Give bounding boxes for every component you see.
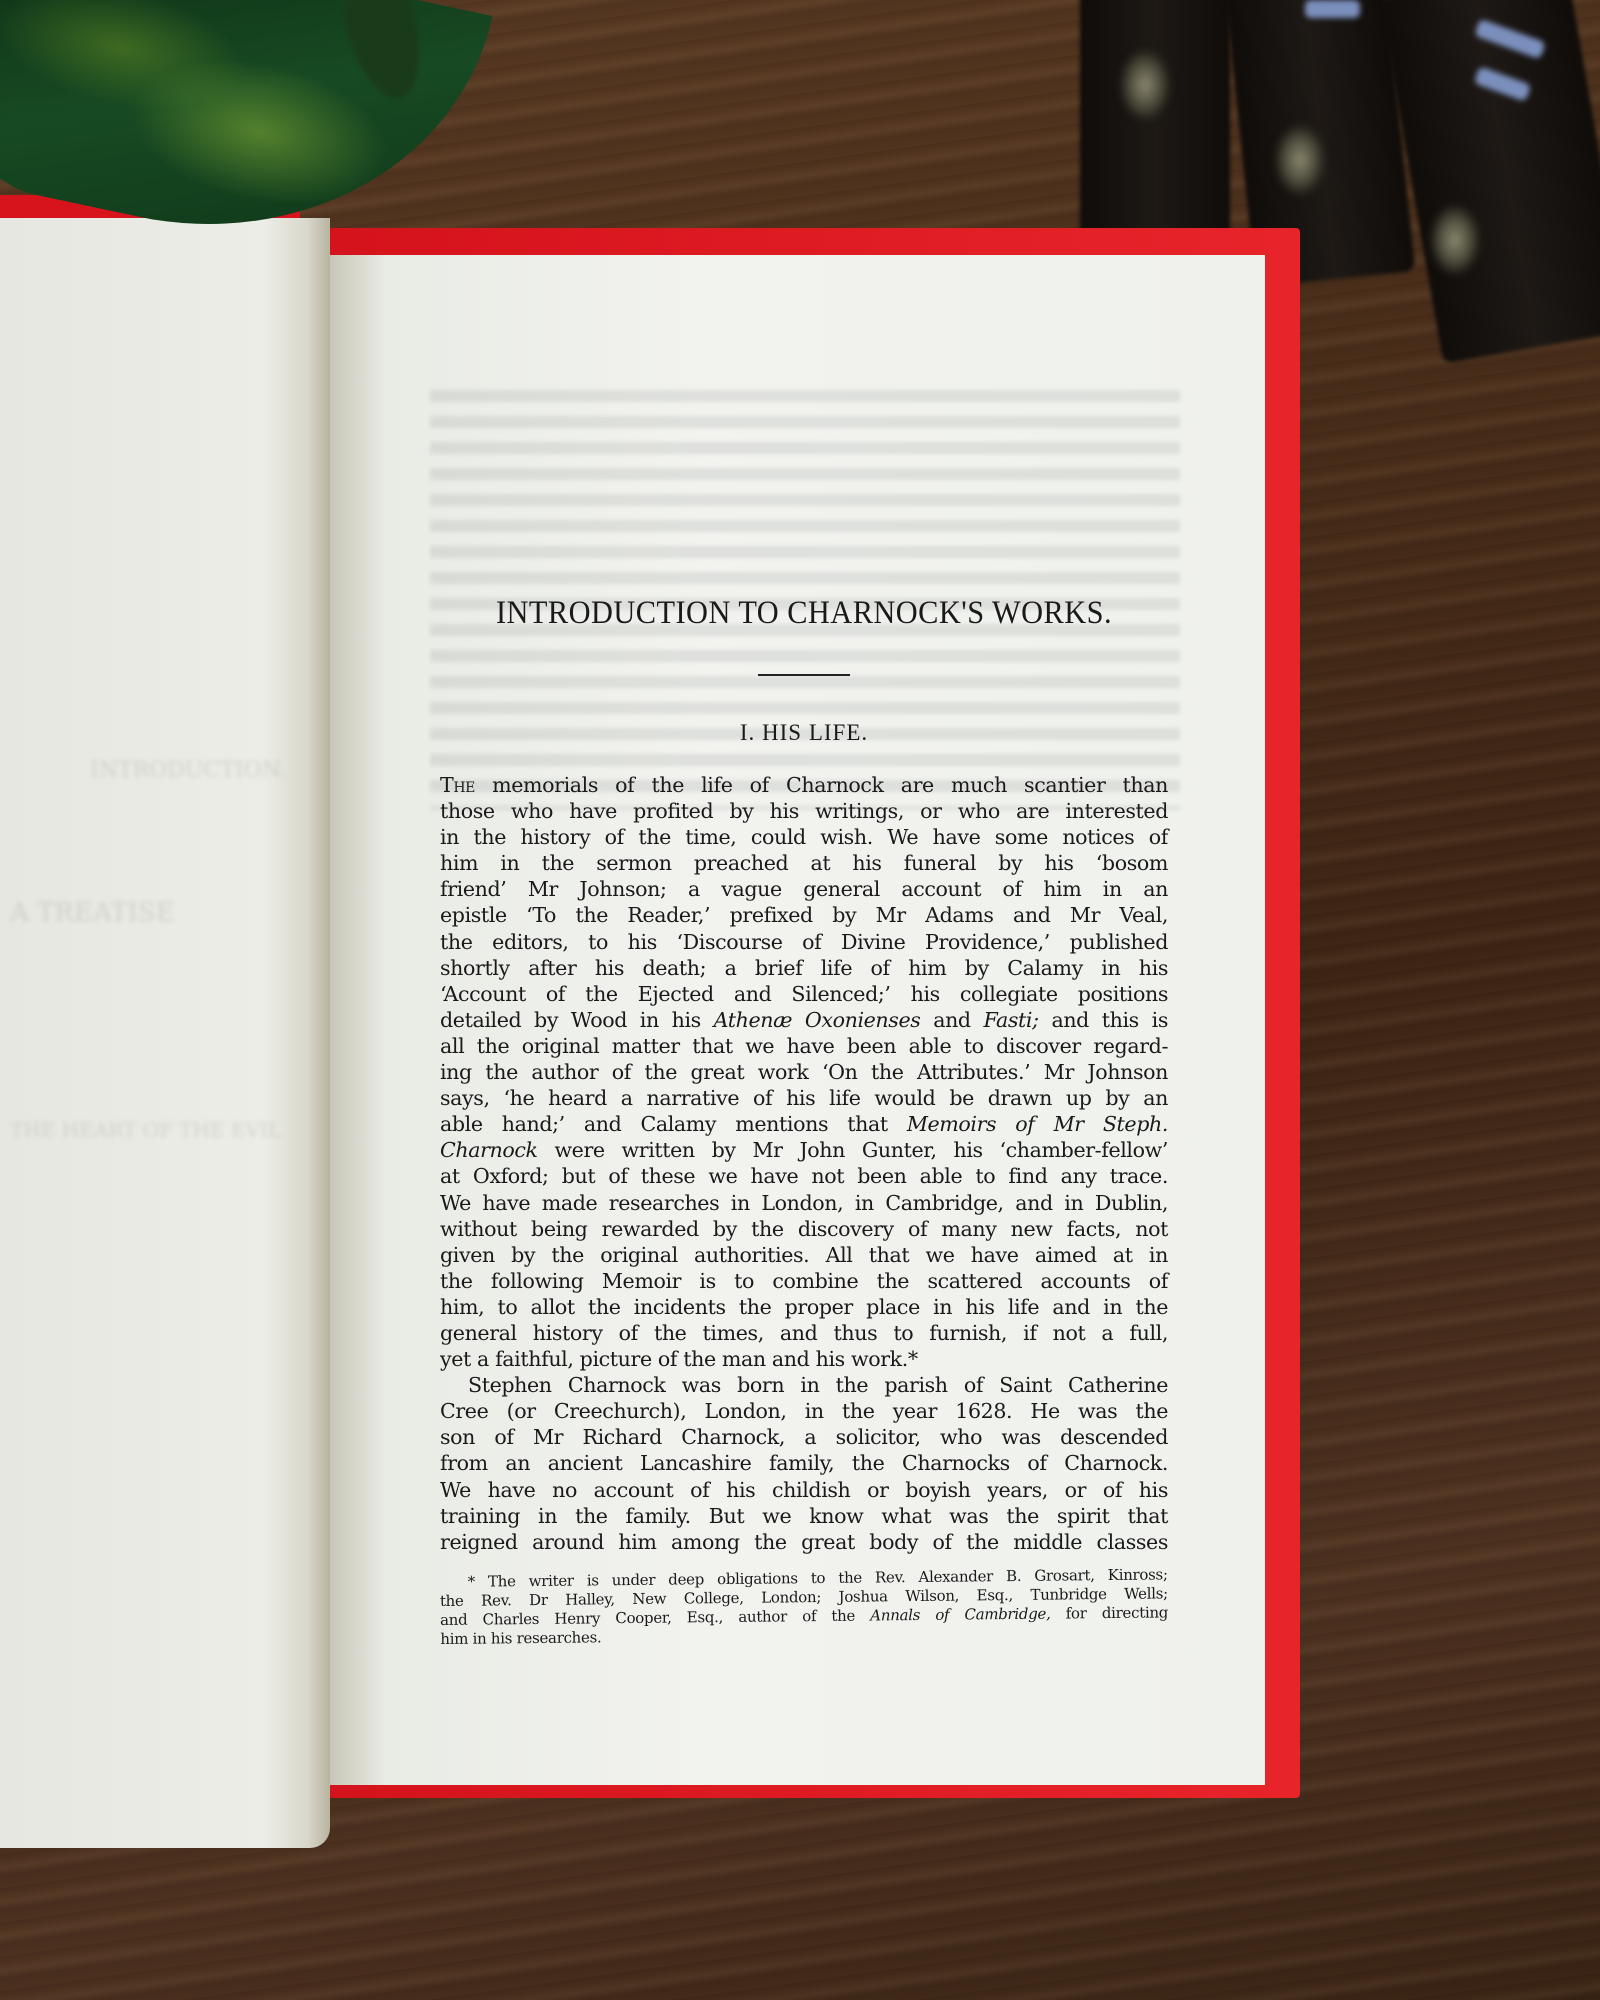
text-line: detailed by Wood in his Athenæ Oxoniense… [440,1007,1168,1033]
italic-title: Memoirs of Mr Steph. [907,1112,1168,1136]
text-line: Charnock were written by Mr John Gunter,… [440,1137,1168,1163]
text-line: Stephen Charnock was born in the parish … [440,1372,1168,1398]
text-line: in the history of the time, could wish. … [440,824,1168,850]
text-run: able hand;’ and Calamy mentions that [440,1112,907,1136]
text-run: for directing [1050,1603,1168,1622]
dropcap-word: The [440,773,475,797]
footnote: * The writer is under deep obligations t… [440,1565,1169,1649]
ghost-item: A TREATISE [10,898,175,928]
text-line: him in the sermon preached at his funera… [440,850,1168,876]
paragraph-1: The memorials of the life of Charnock ar… [440,772,1168,1372]
text-run: were written by Mr John Gunter, his ‘cha… [538,1138,1168,1162]
text-line: at Oxford; but of these we have not been… [440,1163,1168,1189]
ghost-heading: INTRODUCTION. [90,758,286,783]
text-line: those who have profited by his writings,… [440,798,1168,824]
italic-title: Charnock [440,1138,538,1162]
book-emblem-icon [1275,125,1325,195]
page-title: INTRODUCTION TO CHARNOCK'S WORKS. [469,595,1139,632]
text-line: without being rewarded by the discovery … [440,1216,1168,1242]
text-line: says, ‘he heard a narrative of his life … [440,1085,1168,1111]
text-run: and [920,1008,983,1032]
text-line: the following Memoir is to combine the s… [440,1268,1168,1294]
text-run: detailed by Wood in his [440,1008,714,1032]
text-line: We have made researches in London, in Ca… [440,1190,1168,1216]
body-text: The memorials of the life of Charnock ar… [440,772,1168,1555]
text-line: able hand;’ and Calamy mentions that Mem… [440,1111,1168,1137]
text-line: friend’ Mr Johnson; a vague general acco… [440,876,1168,902]
text-line: ‘Account of the Ejected and Silenced;’ h… [440,981,1168,1007]
section-heading: I. HIS LIFE. [440,720,1168,746]
text-run: and this is [1039,1008,1168,1032]
text-line: the editors, to his ‘Discourse of Divine… [440,929,1168,955]
text-line: son of Mr Richard Charnock, a solicitor,… [440,1424,1168,1450]
text-line: general history of the times, and thus t… [440,1320,1168,1346]
text-run: and Charles Henry Cooper, Esq., author o… [440,1606,870,1629]
text-line: reigned around him among the great body … [440,1529,1168,1555]
italic-title: Fasti; [984,1008,1039,1032]
text-line: Cree (or Creechurch), London, in the yea… [440,1398,1168,1424]
text-line: ing the author of the great work ‘On the… [440,1059,1168,1085]
book-spine [1379,0,1600,364]
text-line: We have no account of his childish or bo… [440,1477,1168,1503]
text-line: epistle ‘To the Reader,’ prefixed by Mr … [440,902,1168,928]
text-line: yet a faithful, picture of the man and h… [440,1346,1168,1372]
italic-title: Annals of Cambridge, [870,1604,1050,1624]
text-line: him, to allot the incidents the proper p… [440,1294,1168,1320]
text-line: shortly after his death; a brief life of… [440,955,1168,981]
text-line: training in the family. But we know what… [440,1503,1168,1529]
ghost-item: THE HEART OF THE EVIL [10,1118,281,1142]
text-line: given by the original authorities. All t… [440,1242,1168,1268]
text-line: memorials of the life of Charnock are mu… [475,773,1168,797]
book-emblem-icon [1120,50,1170,120]
text-line: from an ancient Lancashire family, the C… [440,1450,1168,1476]
book-emblem-icon [1430,205,1480,275]
text-line: all the original matter that we have bee… [440,1033,1168,1059]
page-content: INTRODUCTION TO CHARNOCK'S WORKS. I. HIS… [440,595,1168,1649]
left-page: INTRODUCTION. A TREATISE THE HEART OF TH… [0,218,330,1848]
paragraph-2: Stephen Charnock was born in the parish … [440,1372,1168,1555]
italic-title: Athenæ Oxonienses [714,1008,921,1032]
title-rule [758,674,850,676]
book-label [1305,0,1360,18]
